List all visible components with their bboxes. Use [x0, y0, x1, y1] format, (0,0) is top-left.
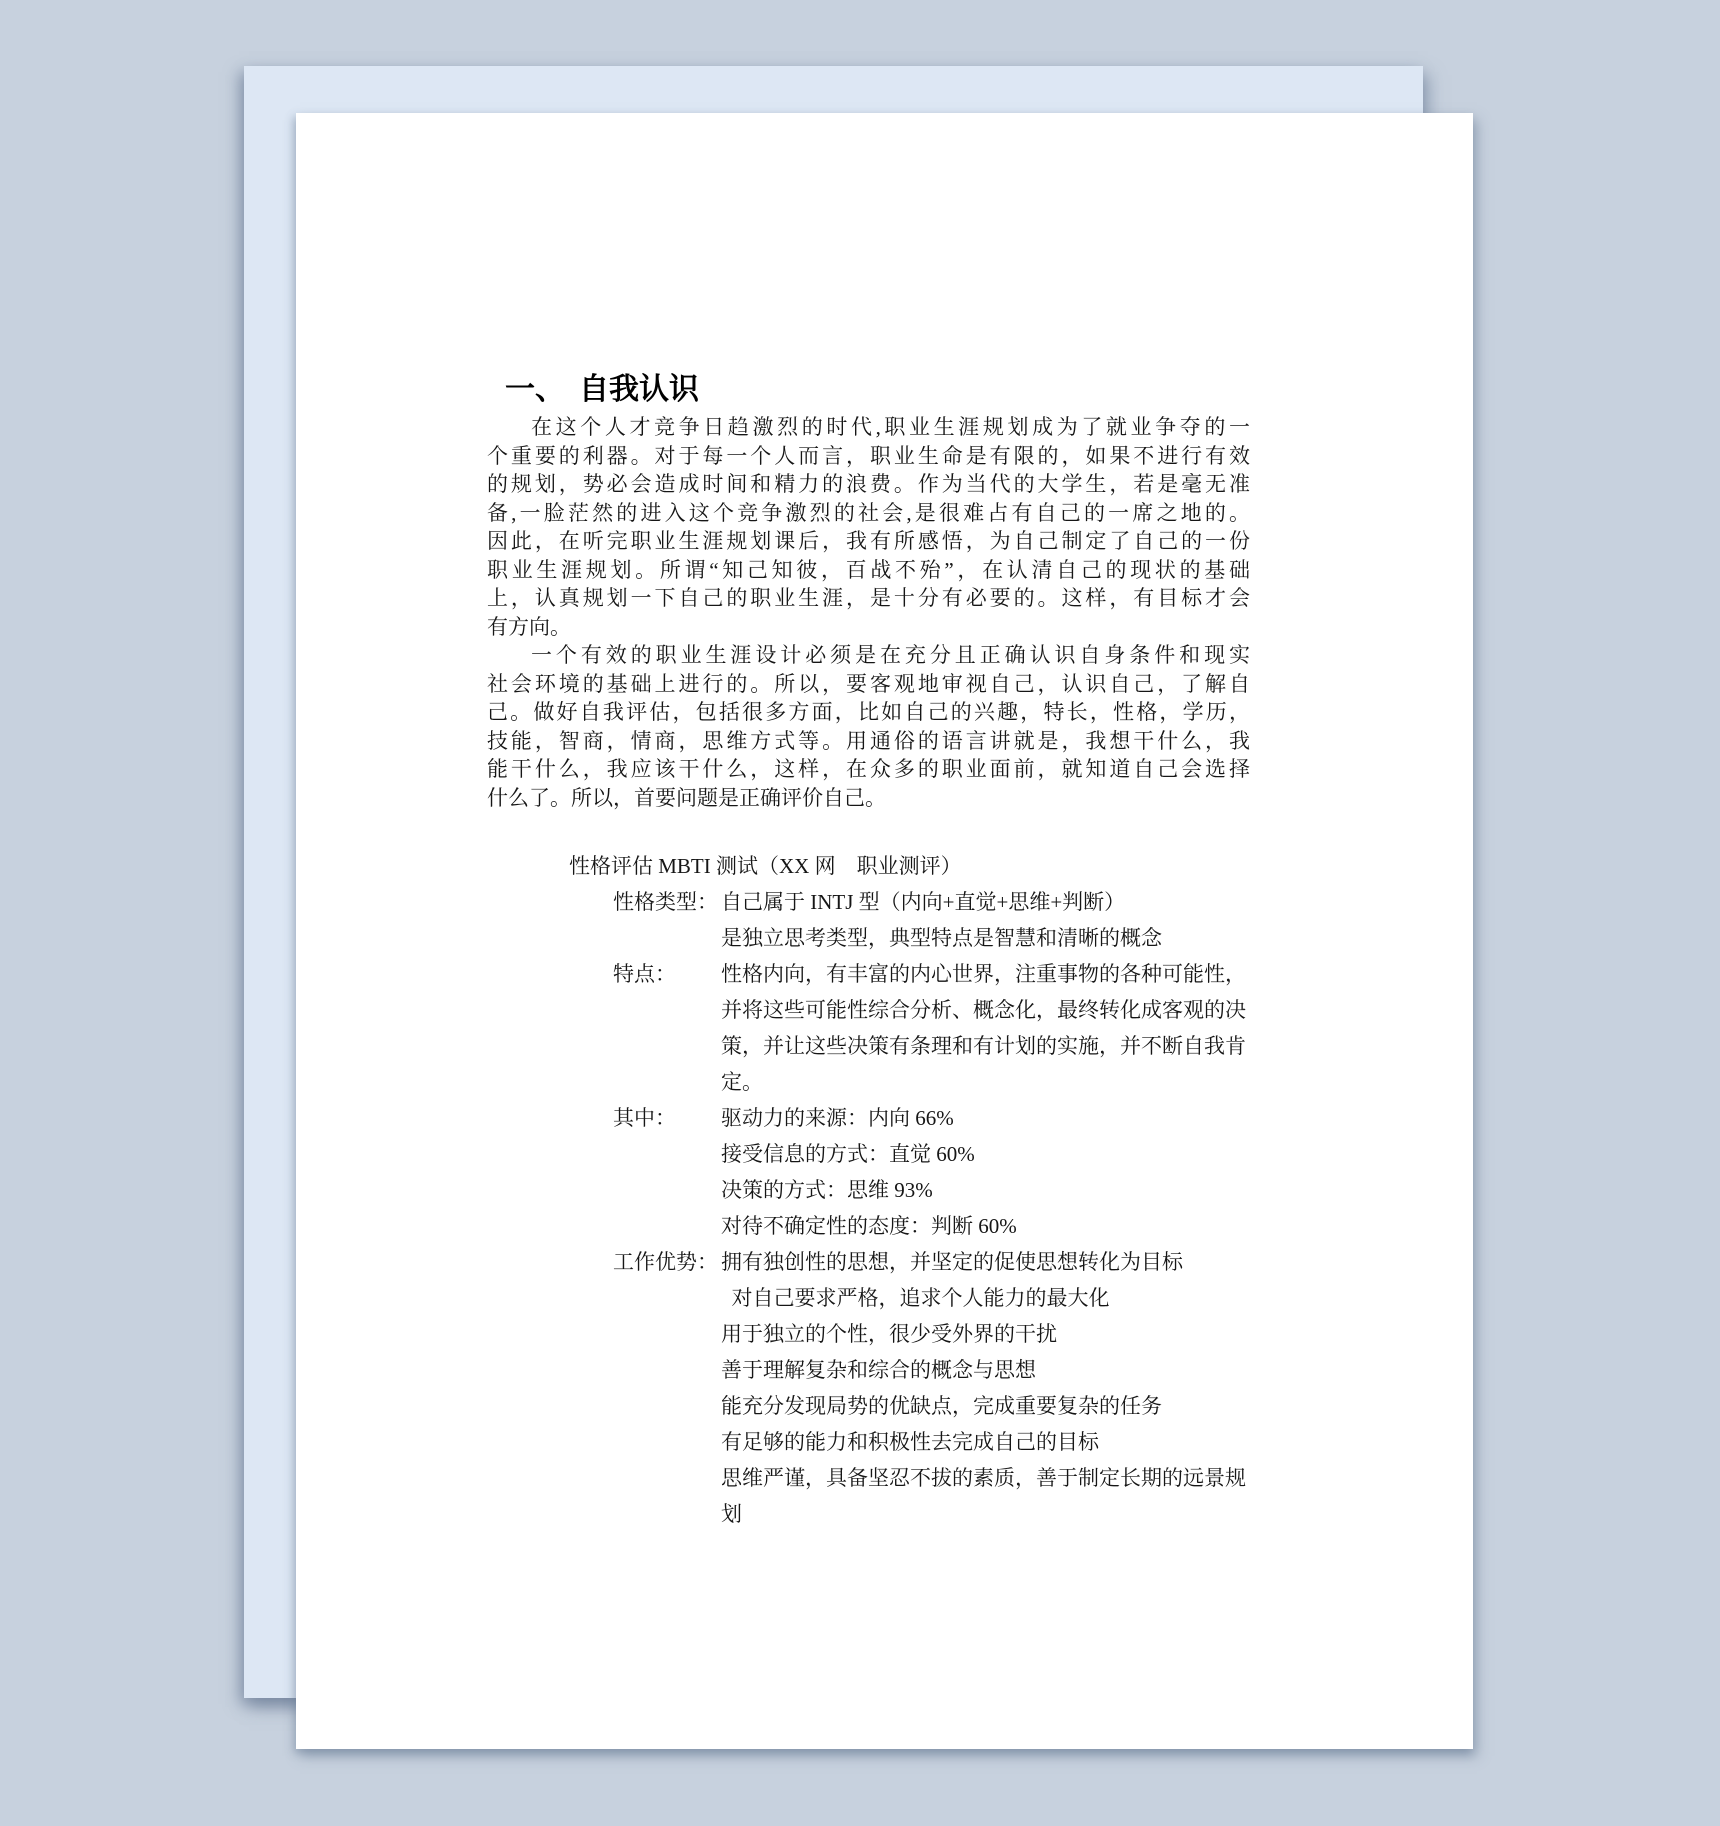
assessment-line: 用于独立的个性，很少受外界的干扰	[721, 1316, 1393, 1352]
assessment-line: 对待不确定性的态度：判断 60%	[721, 1208, 1393, 1244]
document-page: 一、自我认识 在这个人才竞争日趋激烈的时代,职业生涯规划成为了就业争夺的一个重要…	[296, 113, 1473, 1749]
assessment-line: 能充分发现局势的优缺点，完成重要复杂的任务	[721, 1388, 1393, 1424]
heading-title: 自我认识	[579, 373, 699, 406]
paragraph-line: 一个有效的职业生涯设计必须是在充分且正确认识自身条件和现实	[487, 641, 1250, 670]
screenshot-root: { "document": { "heading": { "number": "…	[0, 0, 1720, 1826]
assessment-row: 性格类型：自己属于 INTJ 型（内向+直觉+思维+判断）是独立思考类型，典型特…	[613, 884, 1393, 956]
paragraph-line: 因此，在听完职业生涯规划课后，我有所感悟，为自己制定了自己的一份	[487, 527, 1250, 556]
assessment-line: 接受信息的方式：直觉 60%	[721, 1136, 1393, 1172]
assessment-line: 定。	[721, 1064, 1393, 1100]
assessment-line: 自己属于 INTJ 型（内向+直觉+思维+判断）	[721, 884, 1393, 920]
paragraph-line: 什么了。所以，首要问题是正确评价自己。	[487, 784, 1250, 813]
assessment-row: 工作优势：拥有独创性的思想，并坚定的促使思想转化为目标 对自己要求严格，追求个人…	[613, 1244, 1393, 1532]
assessment-line: 是独立思考类型，典型特点是智慧和清晰的概念	[721, 920, 1393, 956]
assessment-line: 策，并让这些决策有条理和有计划的实施，并不断自我肯	[721, 1028, 1393, 1064]
assessment-intro-line: 性格评估 MBTI 测试（XX 网 职业测评）	[569, 852, 962, 881]
assessment-line: 性格内向，有丰富的内心世界，注重事物的各种可能性，	[721, 956, 1393, 992]
assessment-line: 决策的方式：思维 93%	[721, 1172, 1393, 1208]
section-heading: 一、自我认识	[505, 364, 699, 408]
assessment-row-label: 其中：	[613, 1100, 721, 1136]
paragraph-line: 备,一脸茫然的进入这个竞争激烈的社会,是很难占有自己的一席之地的。	[487, 499, 1250, 528]
paragraph-line: 个重要的利器。对于每一个人而言，职业生命是有限的，如果不进行有效	[487, 442, 1250, 471]
body-paragraphs: 在这个人才竞争日趋激烈的时代,职业生涯规划成为了就业争夺的一个重要的利器。对于每…	[487, 413, 1250, 812]
assessment-line: 对自己要求严格，追求个人能力的最大化	[721, 1280, 1393, 1316]
paragraph-line: 能干什么，我应该干什么，这样，在众多的职业面前，就知道自己会选择	[487, 755, 1250, 784]
paragraph-line: 上，认真规划一下自己的职业生涯，是十分有必要的。这样，有目标才会	[487, 584, 1250, 613]
assessment-line: 驱动力的来源：内向 66%	[721, 1100, 1393, 1136]
assessment-row-content: 拥有独创性的思想，并坚定的促使思想转化为目标 对自己要求严格，追求个人能力的最大…	[721, 1244, 1393, 1532]
assessment-line: 并将这些可能性综合分析、概念化，最终转化成客观的决	[721, 992, 1393, 1028]
assessment-line: 善于理解复杂和综合的概念与思想	[721, 1352, 1393, 1388]
assessment-line: 拥有独创性的思想，并坚定的促使思想转化为目标	[721, 1244, 1393, 1280]
assessment-row-label: 性格类型：	[613, 884, 721, 920]
assessment-line: 有足够的能力和积极性去完成自己的目标	[721, 1424, 1393, 1460]
paragraph-line: 己。做好自我评估，包括很多方面，比如自己的兴趣，特长，性格，学历，	[487, 698, 1250, 727]
assessment-row-content: 驱动力的来源：内向 66%接受信息的方式：直觉 60%决策的方式：思维 93%对…	[721, 1100, 1393, 1244]
assessment-row: 其中：驱动力的来源：内向 66%接受信息的方式：直觉 60%决策的方式：思维 9…	[613, 1100, 1393, 1244]
paragraph-line: 社会环境的基础上进行的。所以，要客观地审视自己，认识自己，了解自	[487, 670, 1250, 699]
assessment-row-label: 特点：	[613, 956, 721, 992]
assessment-row: 特点：性格内向，有丰富的内心世界，注重事物的各种可能性，并将这些可能性综合分析、…	[613, 956, 1393, 1100]
assessment-line: 思维严谨，具备坚忍不拔的素质，善于制定长期的远景规	[721, 1460, 1393, 1496]
assessment-row-content: 自己属于 INTJ 型（内向+直觉+思维+判断）是独立思考类型，典型特点是智慧和…	[721, 884, 1393, 956]
heading-number: 一、	[505, 373, 565, 406]
assessment-row-content: 性格内向，有丰富的内心世界，注重事物的各种可能性，并将这些可能性综合分析、概念化…	[721, 956, 1393, 1100]
paragraph-line: 技能，智商，情商，思维方式等。用通俗的语言讲就是，我想干什么，我	[487, 727, 1250, 756]
paragraph-line: 职业生涯规划。所谓“知己知彼，百战不殆”，在认清自己的现状的基础	[487, 556, 1250, 585]
paragraph-line: 的规划，势必会造成时间和精力的浪费。作为当代的大学生，若是毫无准	[487, 470, 1250, 499]
paragraph-line: 有方向。	[487, 613, 1250, 642]
assessment-table: 性格类型：自己属于 INTJ 型（内向+直觉+思维+判断）是独立思考类型，典型特…	[613, 884, 1393, 1532]
assessment-row-label: 工作优势：	[613, 1244, 721, 1280]
assessment-line: 划	[721, 1496, 1393, 1532]
paragraph-line: 在这个人才竞争日趋激烈的时代,职业生涯规划成为了就业争夺的一	[487, 413, 1250, 442]
